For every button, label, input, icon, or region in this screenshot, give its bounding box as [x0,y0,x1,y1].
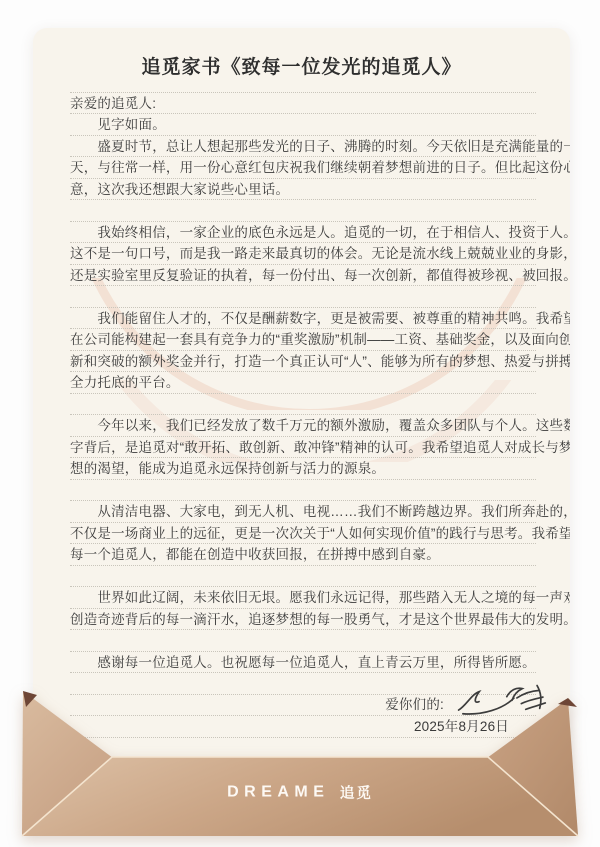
letter-line [70,394,536,416]
letter-line [70,630,536,652]
letter-line: 见字如面。 [70,114,536,136]
letter-line [70,200,536,222]
date-row: 2025年8月26日 [70,716,536,738]
letter-line: 全力托底的平台。 [70,372,536,394]
letter-line [70,71,536,93]
letter-scene: 追觅家书《致每一位发光的追觅人》 亲爱的追觅人: 见字如面。 盛夏时节，总让人想… [0,0,600,847]
letter-line [70,566,536,588]
letter-body: 亲爱的追觅人: 见字如面。 盛夏时节，总让人想起那些发光的日子、沸腾的时刻。今天… [70,71,536,759]
letter-line: 意，这次我还想跟大家说些心里话。 [70,179,536,201]
letter-line: 不仅是一场商业上的远征，更是一次次关于“人如何实现价值”的践行与思考。我希望 [70,523,536,545]
letter-date: 2025年8月26日 [414,719,509,734]
letter-lines: 亲爱的追觅人: 见字如面。 盛夏时节，总让人想起那些发光的日子、沸腾的时刻。今天… [70,71,536,695]
letter-line: 字背后，是追觅对“敢开拓、敢创新、敢冲锋”精神的认可。我希望追觅人对成长与梦 [70,437,536,459]
letter-line: 新和突破的额外奖金并行，打造一个真正认可“人”、能够为所有的梦想、热爱与拼搏 [70,351,536,373]
letter-line: 创造奇迹背后的每一滴汗水，追逐梦想的每一股勇气，才是这个世界最伟大的发明。 [70,609,536,631]
letter-line: 感谢每一位追觅人。也祝愿每一位追觅人，直上青云万里，所得皆所愿。 [70,652,536,674]
letter-line [70,480,536,502]
letter-line: 今年以来，我们已经发放了数千万元的额外激励，覆盖众多团队与个人。这些数 [70,415,536,437]
letter-paper: 追觅家书《致每一位发光的追觅人》 亲爱的追觅人: 见字如面。 盛夏时节，总让人想… [33,28,570,790]
signoff-label: 爱你们的: [385,694,444,716]
letter-line: 从清洁电器、大家电，到无人机、电视……我们不断跨越边界。我们所奔赴的， [70,501,536,523]
letter-line: 亲爱的追觅人: [70,93,536,115]
letter-line: 在公司能构建起一套具有竞争力的“重奖激励”机制——工资、基础奖金，以及面向创 [70,329,536,351]
letter-line: 天，与往常一样，用一份心意红包庆祝我们继续朝着梦想前进的日子。但比起这份心 [70,157,536,179]
letter-line: 这不是一句口号，而是我一路走来最真切的体会。无论是流水线上兢兢业业的身影， [70,243,536,265]
letter-line: 每一个追觅人，都能在创造中收获回报，在拼搏中感到自豪。 [70,544,536,566]
letter-line: 想的渴望，能成为追觅永远保持创新与活力的源泉。 [70,458,536,480]
signoff-row: 爱你们的: [70,695,536,717]
letter-line: 还是实验室里反复验证的执着，每一份付出、每一次创新，都值得被珍视、被回报。 [70,265,536,287]
letter-line: 盛夏时节，总让人想起那些发光的日子、沸腾的时刻。今天依旧是充满能量的一 [70,136,536,158]
letter-line: 世界如此辽阔，未来依旧无垠。愿我们永远记得，那些踏入无人之境的每一声欢呼， [70,587,536,609]
signature-handwriting [451,681,553,720]
brand-cn: 追觅 [340,786,373,802]
letter-line [70,286,536,308]
letter-line: 我们能留住人才的，不仅是酬薪数字，更是被需要、被尊重的精神共鸣。我希望 [70,308,536,330]
brand-logo: DREAME 追觅 [0,782,600,803]
brand-latin: DREAME [227,784,329,801]
letter-line [70,738,536,760]
letter-line: 我始终相信，一家企业的底色永远是人。追觅的一切，在于相信人、投资于人。 [70,222,536,244]
